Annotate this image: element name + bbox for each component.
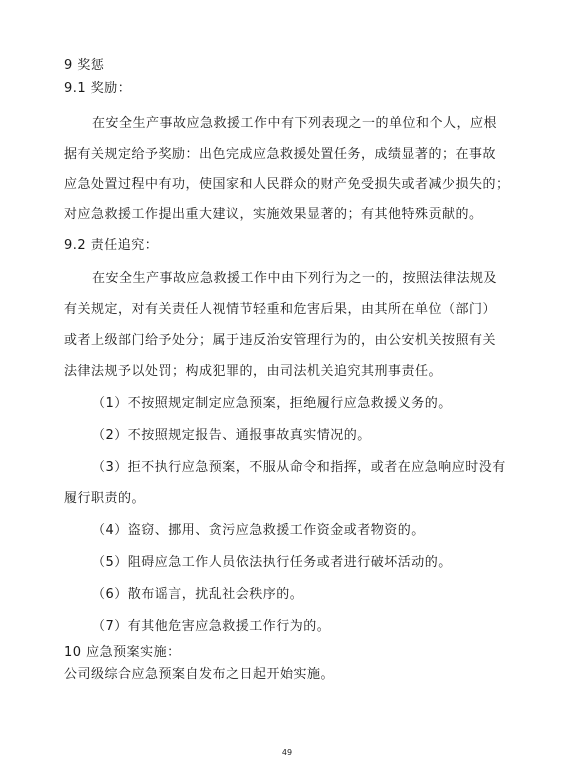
- paragraph-line: 据有关规定给予奖励：出色完成应急救援处置任务，成绩显著的；在事故: [64, 147, 496, 163]
- list-item: （4）盗窃、挪用、贪污应急救援工作资金或者物资的。: [92, 523, 425, 539]
- list-item-continuation: 履行职责的。: [64, 491, 145, 507]
- section-9-heading: 9 奖惩: [64, 58, 104, 74]
- paragraph-line: 法律法规予以处罚；构成犯罪的，由司法机关追究其刑事责任。: [64, 364, 442, 380]
- section-10-heading: 10 应急预案实施：: [64, 645, 181, 661]
- paragraph-line: 在安全生产事故应急救援工作中由下列行为之一的，按照法律法规及: [92, 271, 497, 287]
- section-9-1-heading: 9.1 奖励：: [64, 81, 131, 97]
- section-9-2-heading: 9.2 责任追究：: [64, 238, 158, 254]
- paragraph-line: 在安全生产事故应急救援工作中有下列表现之一的单位和个人，应根: [92, 116, 497, 132]
- list-item: （3）拒不执行应急预案，不服从命令和指挥，或者在应急响应时没有: [92, 460, 506, 476]
- list-item: （6）散布谣言，扰乱社会秩序的。: [92, 587, 303, 603]
- page-number: 49: [0, 748, 574, 757]
- section-10-paragraph: 公司级综合应急预案自发布之日起开始实施。: [64, 667, 334, 683]
- list-item: （5）阻碍应急工作人员依法执行任务或者进行破坏活动的。: [92, 555, 452, 571]
- paragraph-line: 有关规定，对有关责任人视情节轻重和危害后果，由其所在单位（部门）: [64, 302, 496, 318]
- paragraph-line: 对应急救援工作提出重大建议，实施效果显著的；有其他特殊贡献的。: [64, 207, 483, 223]
- paragraph-line: 应急处置过程中有功，使国家和人民群众的财产免受损失或者减少损失的；: [64, 177, 510, 193]
- paragraph-line: 或者上级部门给予处分；属于违反治安管理行为的，由公安机关按照有关: [64, 333, 496, 349]
- list-item: （1）不按照规定制定应急预案，拒绝履行应急救援义务的。: [92, 396, 452, 412]
- list-item: （2）不按照规定报告、通报事故真实情况的。: [92, 428, 371, 444]
- list-item: （7）有其他危害应急救援工作行为的。: [92, 619, 330, 635]
